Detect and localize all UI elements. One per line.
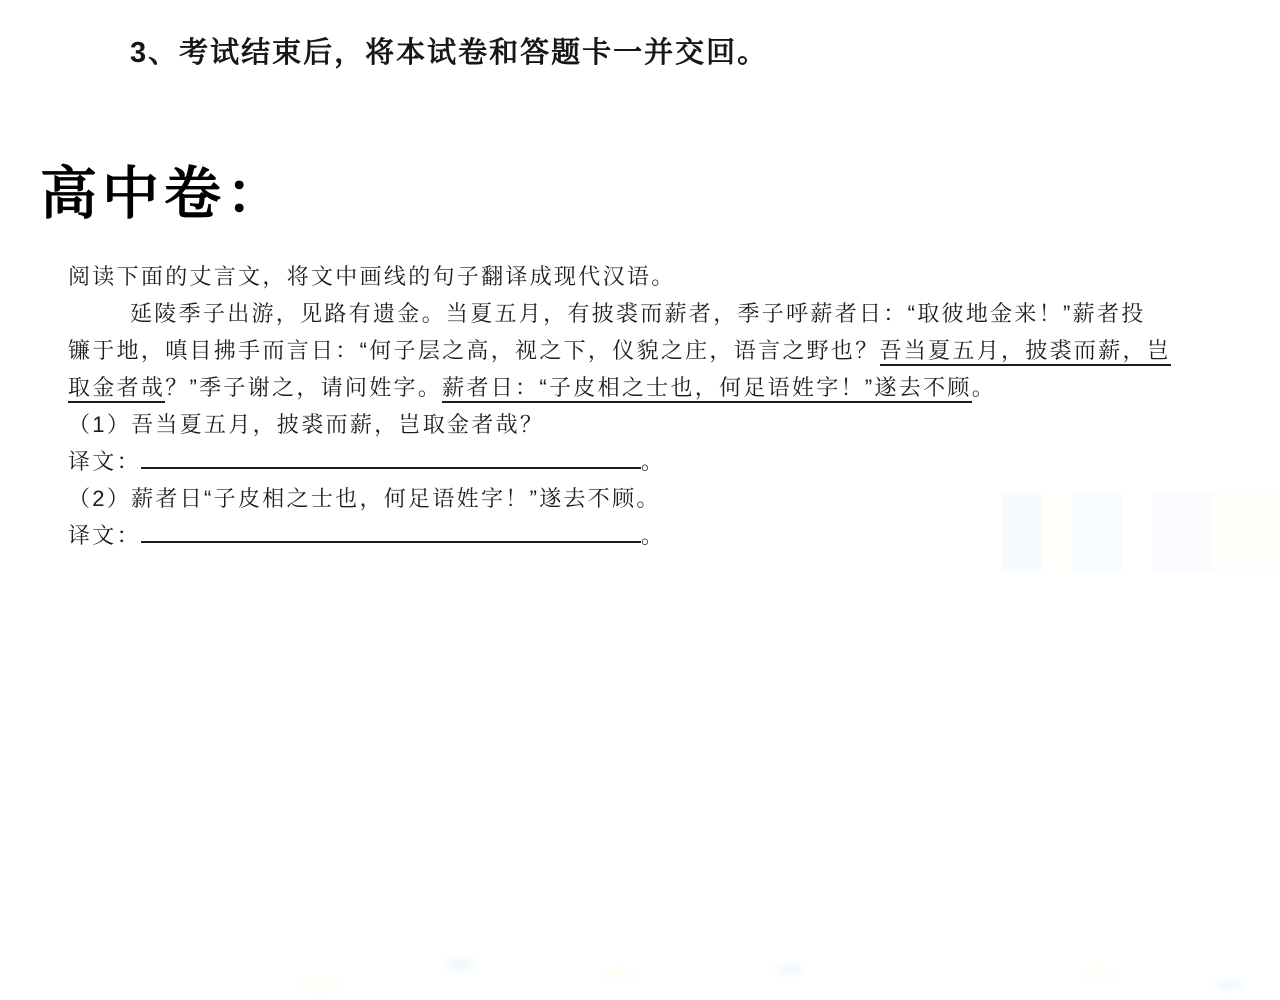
answer-line-2: 译文：。 xyxy=(68,517,1213,554)
passage-line-4-underlined-b: 薪者日：“子皮相之士也，何足语姓字！”遂去不顾 xyxy=(442,375,972,403)
answer-1-suffix: 。 xyxy=(641,449,665,474)
question-2: （2）薪者日“子皮相之士也，何足语姓字！”遂去不顾。 xyxy=(68,480,1213,517)
faint-watermark-artifact-bottom xyxy=(0,945,1280,1000)
passage-line-3-underlined: 吾当夏五月，披裘而薪，岂 xyxy=(880,338,1172,366)
answer-line-1: 译文：。 xyxy=(68,443,1213,480)
exam-instruction-item-3: 3、考试结束后，将本试卷和答题卡一并交回。 xyxy=(130,30,768,71)
question-1-label: （1）吾当夏五月，披裘而薪，岂取金者哉？ xyxy=(68,412,544,437)
section-title-gaozhongjuan: 高中卷： xyxy=(40,148,288,230)
passage-line-4-normal-b: 。 xyxy=(972,375,996,400)
passage-line-4: 取金者哉？”季子谢之，请问姓字。薪者日：“子皮相之士也，何足语姓字！”遂去不顾。 xyxy=(68,369,1213,406)
passage-line-3-normal: 镰于地，嗔目拂手而言日：“何子层之高，视之下，仪貌之庄，语言之野也？ xyxy=(68,338,880,363)
passage-line-4-normal-a: ？”季子谢之，请问姓字。 xyxy=(165,375,442,400)
question-2-label: （2）薪者日“子皮相之士也，何足语姓字！”遂去不顾。 xyxy=(68,486,661,511)
passage-line-2: 延陵季子出游，见路有遗金。当夏五月，有披裘而薪者，季子呼薪者日：“取彼地金来！”… xyxy=(68,295,1213,332)
question-1: （1）吾当夏五月，披裘而薪，岂取金者哉？ xyxy=(68,406,1213,443)
answer-2-blank[interactable] xyxy=(141,519,641,543)
passage-intro: 阅读下面的丈言文，将文中画线的句子翻译成现代汉语。 xyxy=(68,258,1213,295)
passage-line-4-underlined-a: 取金者哉 xyxy=(68,375,165,403)
passage-line-2-text: 延陵季子出游，见路有遗金。当夏五月，有披裘而薪者，季子呼薪者日：“取彼地金来！”… xyxy=(130,301,1146,326)
answer-1-prefix: 译文： xyxy=(68,449,141,474)
passage-block: 阅读下面的丈言文，将文中画线的句子翻译成现代汉语。 延陵季子出游，见路有遗金。当… xyxy=(68,258,1213,554)
answer-1-blank[interactable] xyxy=(141,445,641,469)
answer-2-suffix: 。 xyxy=(641,523,665,548)
answer-2-prefix: 译文： xyxy=(68,523,141,548)
exam-document-page: 3、考试结束后，将本试卷和答题卡一并交回。 高中卷： 阅读下面的丈言文，将文中画… xyxy=(0,0,1280,1000)
passage-line-3: 镰于地，嗔目拂手而言日：“何子层之高，视之下，仪貌之庄，语言之野也？吾当夏五月，… xyxy=(68,332,1213,369)
